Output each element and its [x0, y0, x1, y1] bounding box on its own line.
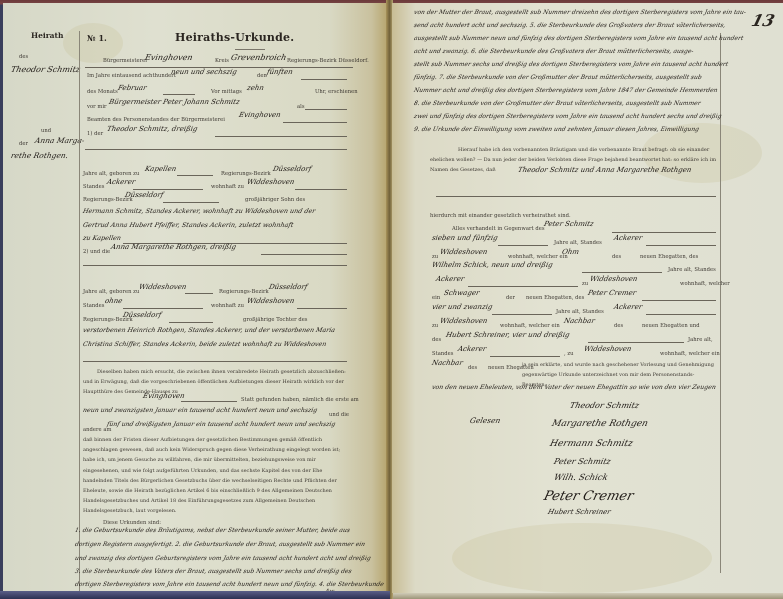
groom-der-label: 1) der [87, 131, 103, 137]
continued-list-line: fünfzig. 7. die Sterbeurkunde von der Gr… [413, 74, 702, 81]
bride-parents-2: Christina Schiffer, Standes Ackerin, bei… [82, 341, 327, 348]
day-value: fünften [266, 68, 293, 76]
groom-parents-1: Hermann Schmitz, Standes Ackerer, wohnha… [82, 207, 316, 215]
fill-line [646, 245, 716, 246]
signature-father: Hermann Schmitz [549, 439, 634, 449]
bride-stand-label: Standes [83, 303, 104, 309]
witness-2-zu-label: zu [582, 281, 588, 287]
regierungsbezirk: Regierungs-Bezirk Düsseldorf. [287, 58, 369, 64]
margin-des-label: des [19, 54, 28, 60]
witness-1-wohnort: Widdeshoven [439, 248, 488, 256]
im-jahre-label: Im Jahre eintausend achthundert [87, 73, 176, 79]
kreis-value: Grevenbroich [230, 53, 287, 62]
witness-3-wohnhaft-label: wohnhaft, welcher ein [500, 323, 560, 329]
witness-2-ein-label: ein [432, 295, 440, 301]
groom-parents-3: zu Kapellen [82, 234, 122, 242]
continued-list-line: ausgestellt sub Nummer neun und fünfzig … [413, 35, 744, 42]
fill-line [85, 149, 347, 150]
continued-list-line: send acht hundert acht und sechszig. 5. … [413, 22, 726, 29]
fill-line [642, 300, 716, 301]
witness-4-rel-des-label: des [468, 365, 477, 371]
continued-list-line: 9. die Urkunde der Einwilligung vom zwei… [413, 126, 699, 133]
signature-bride: Margarethe Rothgen [551, 419, 649, 429]
bride-tochter-label: großjährige Tochter des [243, 317, 308, 323]
vor-mir-label: vor mir [87, 104, 107, 110]
margin-bride-name-1: Anna Marga- [34, 136, 85, 145]
continued-list-line: zwei und fünfzig des dortigen Sterberegi… [413, 113, 722, 120]
left-page: Heirath des Theodor Schmitz und der Anna… [3, 3, 387, 593]
witness-3-stand: Ackerer [613, 303, 643, 311]
signature-witness-3: Peter Cremer [542, 489, 635, 504]
fill-line [215, 136, 347, 137]
fill-line [582, 272, 662, 273]
fill-line [123, 308, 203, 309]
bride-parents-1: verstorbenen Heinrich Rothgen, Standes A… [82, 327, 335, 334]
witness-2-wohnort: Widdeshoven [589, 275, 638, 283]
margin-divider [79, 31, 80, 591]
witness-4-des-label: des [432, 337, 441, 343]
witness-4-name: Hubert Schreiner, vier und dreißig [445, 331, 570, 339]
witness-4-stand: Ackerer [457, 345, 487, 353]
fill-line [181, 401, 237, 402]
bride-stand-value: ohne [104, 297, 123, 305]
first-proclamation-date: neun und zwanzigsten Januar ein tausend … [82, 407, 318, 414]
second-proclamation-date: fünf und dreißigsten Januar ein tausend … [106, 421, 336, 428]
documents-list-line: und zwanzig des dortigen Geburtsregister… [74, 555, 371, 562]
signature-groom: Theodor Schmitz [569, 401, 640, 410]
declaration-text-2: hierdurch mit einander gesetzlich verhei… [430, 213, 571, 219]
witness-1-des-label: des [612, 254, 621, 260]
margin-bride-name-2: rethe Rothgen. [10, 151, 69, 160]
groom-regbez-label: Regierungs-Bezirk [221, 171, 271, 177]
documents-list-line: 1. die Geburtsurkunde des Bräutigams, ne… [74, 527, 350, 534]
bride-jahre-label: Jahre alt, geboren zu [83, 289, 139, 295]
continued-list-line: stellt sub Nummer sechs und dreißig des … [413, 61, 728, 68]
signature-witness-1: Peter Schmitz [553, 457, 612, 466]
title-flourish [235, 49, 265, 50]
fill-line [295, 189, 347, 190]
witness-3-des-label: des [614, 323, 623, 329]
paper-stain [452, 523, 712, 593]
groom-value: Theodor Schmitz, dreißig [106, 125, 198, 133]
continued-list-line: 8. die Sterbeurkunde von der Großmutter … [413, 100, 701, 107]
page-number: 13 [749, 11, 776, 30]
bride-regbez-value: Düsseldorf [268, 283, 308, 291]
beamten-label: Beamten des Personenstandes der Bürgerme… [87, 117, 225, 123]
witness-1-name: Peter Schmitz [543, 220, 594, 228]
witness-2-name: Wilhelm Schick, neun und dreißig [431, 261, 553, 269]
register-book-spread: Heirath des Theodor Schmitz und der Anna… [0, 0, 783, 599]
witness-3-ehegatten-label: neuen Ehegatten und [642, 323, 700, 329]
fill-line [83, 265, 347, 266]
witness-2-relation: Schwager [443, 289, 480, 297]
fill-line [297, 308, 347, 309]
bride-regbez-label: Regierungs-Bezirk [219, 289, 269, 295]
witness-2-jahre-label: Jahre alt, Standes [668, 267, 716, 273]
groom-parents-2: Gertrud Anna Hubert Pfeiffer, Standes Ac… [82, 221, 294, 229]
witness-3-wohnort: Widdeshoven [439, 317, 488, 325]
fill-line [490, 356, 560, 357]
book-bottom-edge [0, 591, 390, 599]
fill-line [498, 245, 548, 246]
signature-witness-4: Hubert Schreiner [547, 508, 612, 516]
fill-line [185, 293, 213, 294]
witness-1-age: sieben und fünfzig [431, 234, 498, 242]
witness-3-age: vier und zwanzig [431, 303, 493, 311]
des-monats-label: des Monats [87, 89, 118, 95]
witness-4-jahre-label: Jahre alt, [688, 337, 713, 343]
witness-3-relation: Nachbar [563, 317, 595, 325]
fill-line [612, 232, 716, 233]
fill-line [83, 361, 347, 362]
fill-line [133, 189, 203, 190]
documents-list-line: dortigen Registern ausgefertigt. 2. die … [74, 541, 365, 548]
witness-4-stand-label: Standes [432, 351, 453, 357]
margin-title: Heirath [31, 31, 63, 40]
year-value: neun und sechszig [170, 68, 237, 76]
proclamation-text-2: Statt gefunden haben, nämlich die erste … [241, 397, 359, 403]
margin-der-label: der [19, 141, 28, 147]
margin-und-label: und [41, 128, 51, 134]
bride-birthplace: Widdeshoven [138, 283, 187, 291]
proclamation-text-1: Dieselben haben mich ersucht, die zwisch… [83, 367, 349, 398]
witness-4-wohnort: Widdeshoven [583, 345, 632, 353]
beamten-value: Evinghoven [238, 111, 281, 119]
couple-value: Theodor Schmitz und Anna Margarethe Roth… [517, 166, 692, 174]
gelesen-label: Gelesen [469, 416, 501, 425]
witness-1-stand: Ackerer [613, 234, 643, 242]
groom-sohn-label: großjähriger Sohn des [245, 197, 305, 203]
official-value: Bürgermeister Peter Johann Schmitz [108, 98, 240, 106]
witness-4-wohnhaft-label: wohnhaft, welcher ein [660, 351, 720, 357]
fill-line [646, 314, 716, 315]
vor-mittags-label: Vor mittags [211, 89, 242, 95]
month-value: Februar [117, 84, 147, 92]
witness-3-name: Peter Cremer [587, 289, 637, 297]
right-page: 13 von der Mutter der Braut, ausgestellt… [392, 3, 783, 593]
bride-wohnhaft-value: Widdeshoven [246, 297, 295, 305]
continued-list-line: von der Mutter der Braut, ausgestellt su… [413, 9, 746, 16]
urkunden-label: Diese Urkunden sind: [103, 520, 161, 526]
witness-3-zu-label: zu [432, 323, 438, 329]
fill-line [301, 79, 347, 80]
fill-line [468, 286, 578, 287]
record-number: № 1. [87, 33, 107, 43]
gemeinde-value: Evinghoven [142, 392, 185, 400]
documents-list-line: 3. die Sterbeurkunde des Vaters der Brau… [74, 568, 352, 575]
groom-regbez-value: Düsseldorf [272, 165, 312, 173]
witness-2-stand: Ackerer [435, 275, 465, 283]
bride-und-die-label: 2) und die [83, 249, 110, 255]
groom-jahre-label: Jahre alt, geboren zu [83, 171, 139, 177]
witnesses-intro: Alles verhandelt in Gegenwart des [452, 226, 545, 232]
buergermeisterei-value: Evinghoven [144, 53, 193, 62]
groom-birthplace: Kapellen [144, 165, 177, 173]
fill-line [492, 314, 552, 315]
signature-witness-2: Wilh. Schick [553, 473, 609, 483]
bride-regbez2-value: Düsseldorf [122, 311, 162, 319]
proclamation-text-3: daß binnen der Fristen dieser Aufbietung… [83, 435, 349, 517]
bride-value: Anna Margarethe Rothgen, dreißig [110, 243, 237, 251]
continued-list-line: Nummer acht und dreißig des dortigen Ste… [413, 87, 718, 94]
bride-wohnhaft-label: wohnhaft zu [211, 303, 244, 309]
witness-1-relation: Ohm [561, 248, 580, 256]
document-title: Heiraths-Urkunde. [175, 31, 294, 44]
witness-4-zu-label: , zu [564, 351, 574, 357]
witness-2-wohnhaft-label: wohnhaft, welcher [680, 281, 730, 287]
continued-list-line: acht und zwanzig. 6. die Sterbeurkunde d… [413, 48, 694, 55]
witness-1-ehegatten-label: neuen Ehegatten, des [640, 254, 698, 260]
fill-line [177, 175, 213, 176]
margin-groom-name: Theodor Schmitz [10, 65, 81, 74]
groom-wohnhaft-value: Widdeshoven [246, 178, 295, 186]
groom-stand-label: Standes [83, 184, 104, 190]
fill-line [588, 342, 684, 343]
fill-line [305, 109, 347, 110]
documents-list-line: dortigen Sterberegisters vom Jahre ein t… [74, 581, 384, 588]
witness-2-ehegatten-label: neuen Ehegatten, des [526, 295, 584, 301]
fill-line [261, 254, 347, 255]
closing-handwritten: von den neuen Eheleuten, von dem Vater d… [431, 384, 716, 391]
buergermeisterei-label: Bürgermeisterei [103, 58, 147, 64]
hour-value: zehn [246, 84, 265, 92]
fill-line [163, 94, 195, 95]
witness-4-relation: Nachbar [431, 359, 463, 367]
witness-1-wohnhaft-label: wohnhaft, welcher ein [508, 254, 568, 260]
fill-line [163, 202, 219, 203]
paper-stain [63, 23, 123, 63]
fill-line [436, 196, 716, 197]
groom-regbez2-value: Düsseldorf [124, 191, 164, 199]
witness-1-zu-label: zu [432, 254, 438, 260]
fill-line [283, 122, 347, 123]
groom-wohnhaft-label: wohnhaft zu [211, 184, 244, 190]
groom-stand-value: Ackerer [106, 178, 136, 186]
kreis-label: Kreis [215, 58, 229, 64]
witness-2-der-label: der [506, 295, 515, 301]
und-die-label: und die [329, 412, 349, 418]
book-bottom-edge-right [393, 593, 783, 599]
fill-line [169, 322, 213, 323]
witness-3-jahre-label: Jahre alt, Standes [556, 309, 604, 315]
witness-1-jahre-label: Jahre alt, Standes [554, 240, 602, 246]
als-label: als [297, 104, 305, 110]
uhr-label: Uhr, erschienen [315, 89, 358, 95]
